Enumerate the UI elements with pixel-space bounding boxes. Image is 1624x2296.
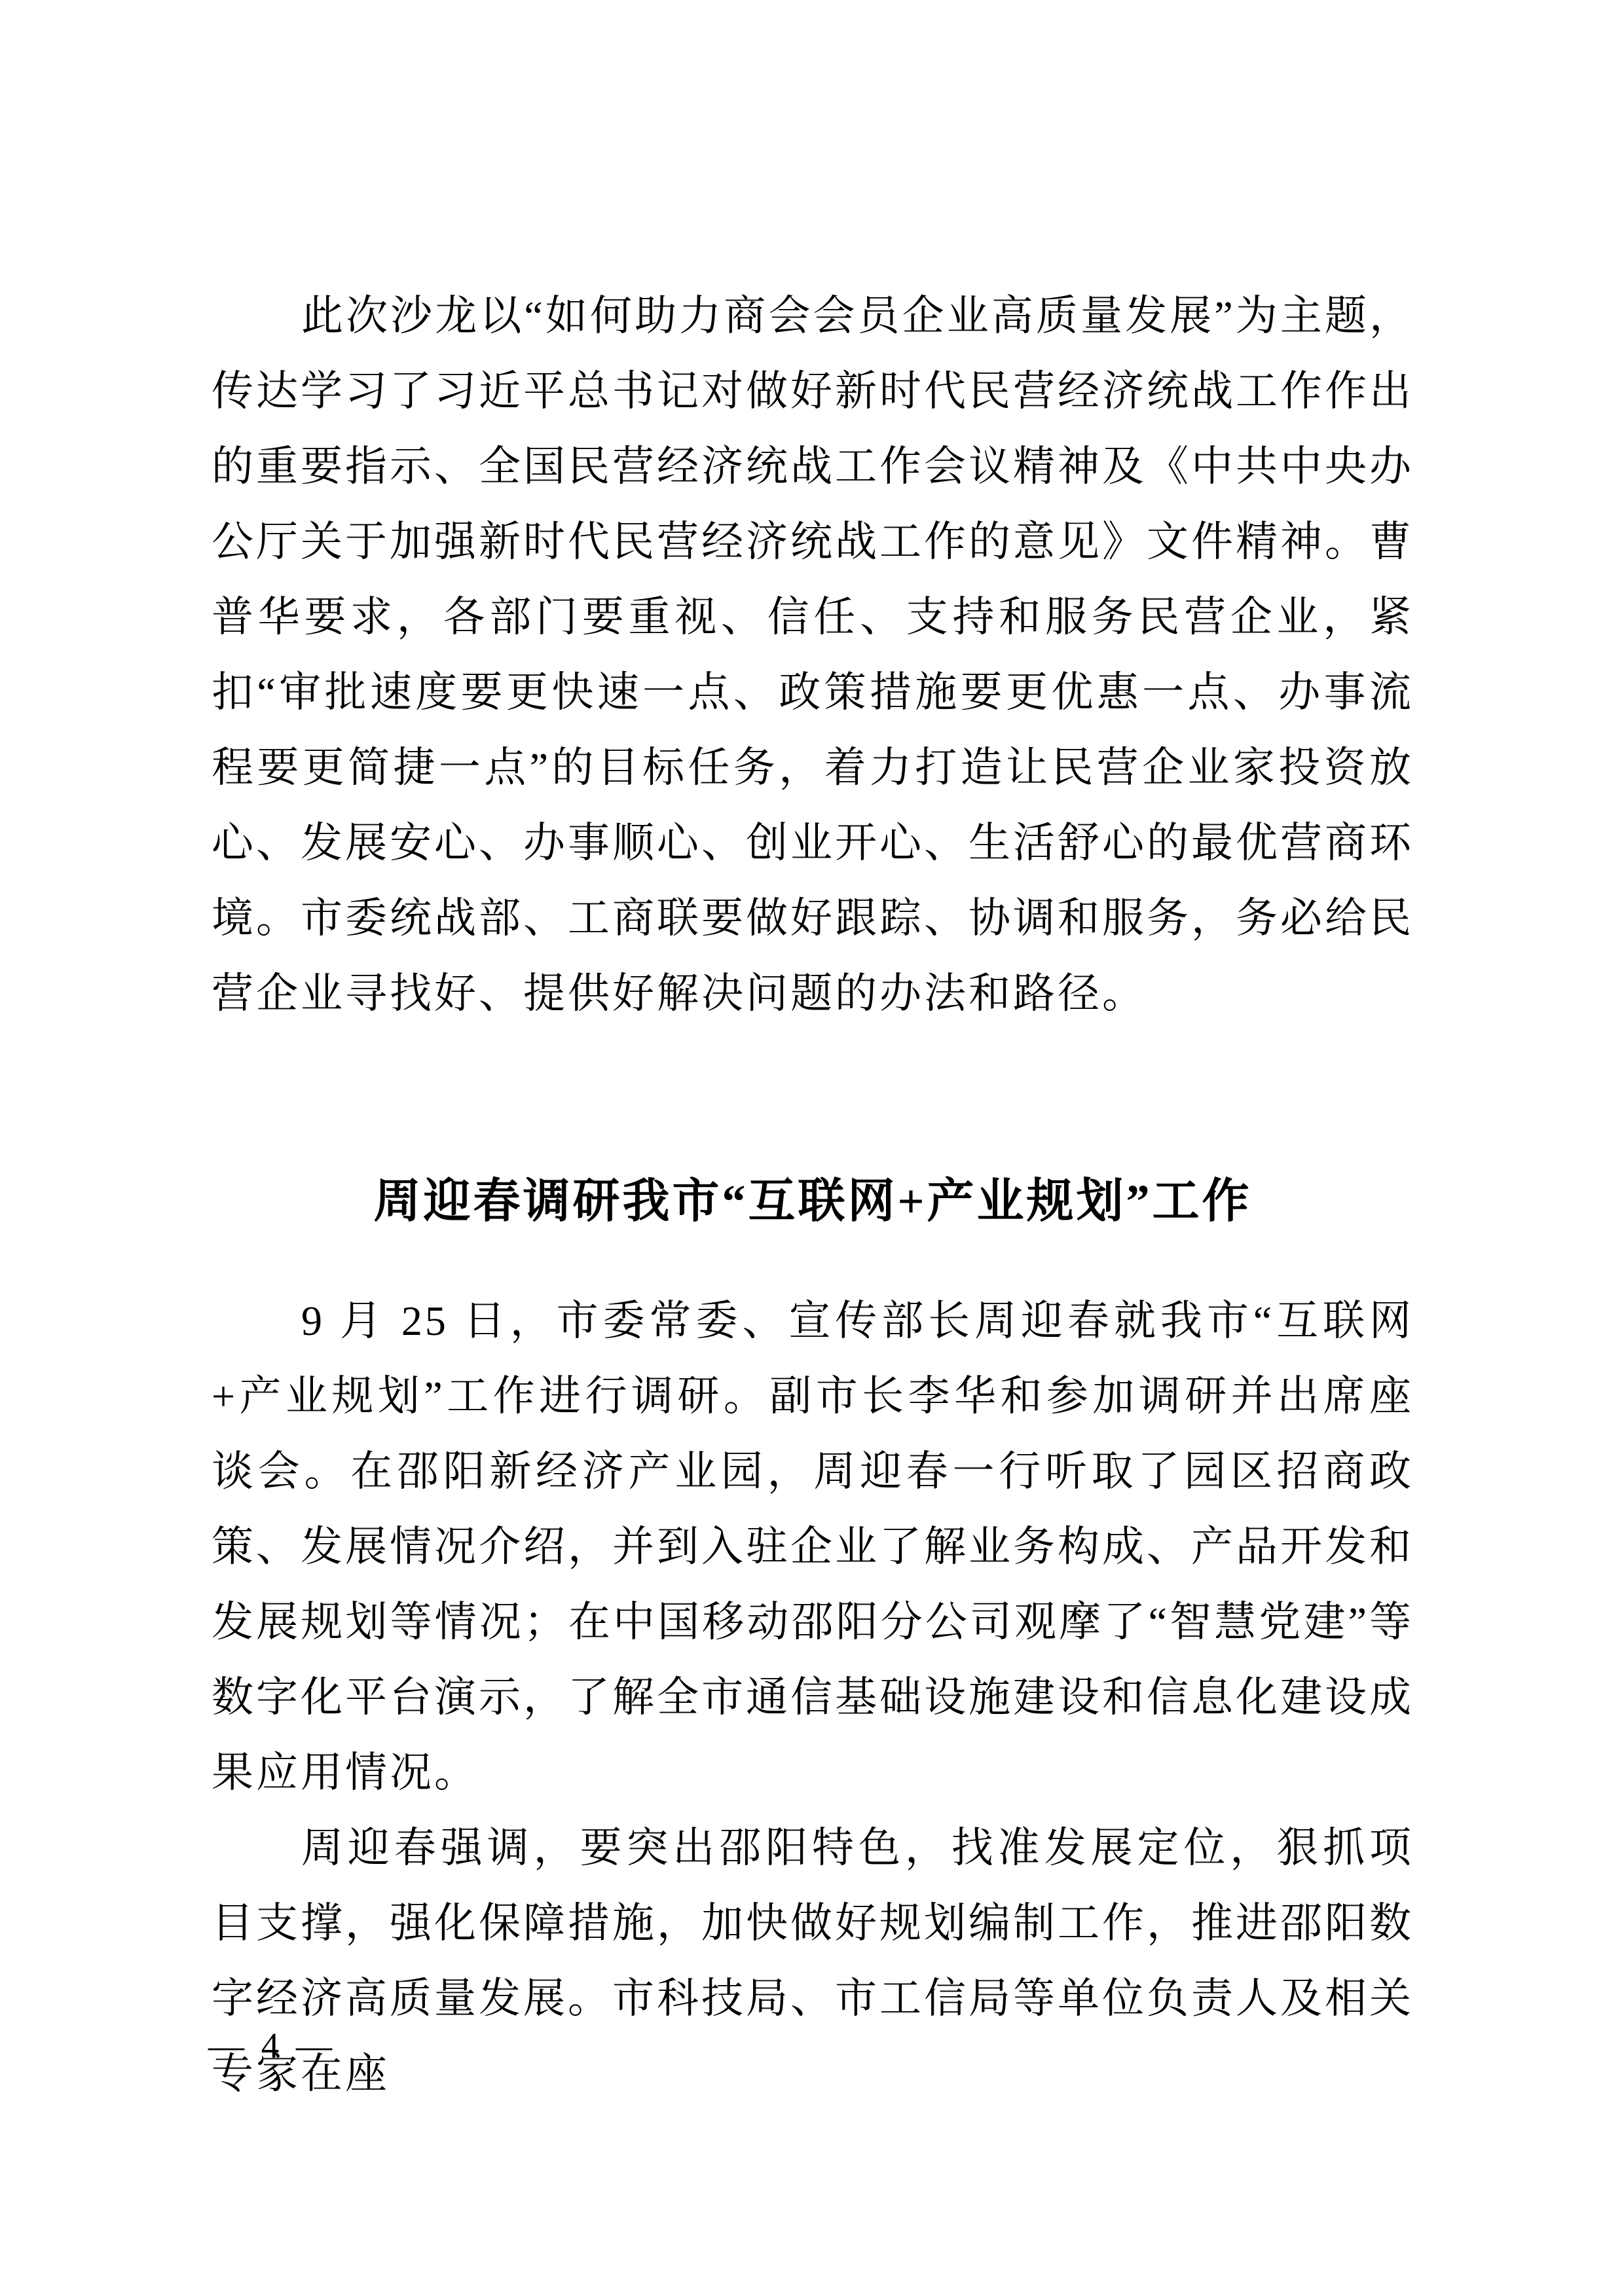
intro-paragraph: 此次沙龙以“如何助力商会会员企业高质量发展”为主题，传达学习了习近平总书记对做好… [212,278,1414,1031]
document-page: 此次沙龙以“如何助力商会会员企业高质量发展”为主题，传达学习了习近平总书记对做好… [0,0,1624,2296]
section-title: 周迎春调研我市“互联网+产业规划”工作 [212,1165,1414,1237]
document-body: 此次沙龙以“如何助力商会会员企业高质量发展”为主题，传达学习了习近平总书记对做好… [212,278,1414,2111]
section-paragraph-1: 9 月 25 日，市委常委、宣传部长周迎春就我市“互联网+产业规划”工作进行调研… [212,1283,1414,1810]
section-paragraph-2: 周迎春强调，要突出邵阳特色，找准发展定位，狠抓项目支撑，强化保障措施，加快做好规… [212,1810,1414,2111]
page-number: — 4 — [208,2025,336,2066]
